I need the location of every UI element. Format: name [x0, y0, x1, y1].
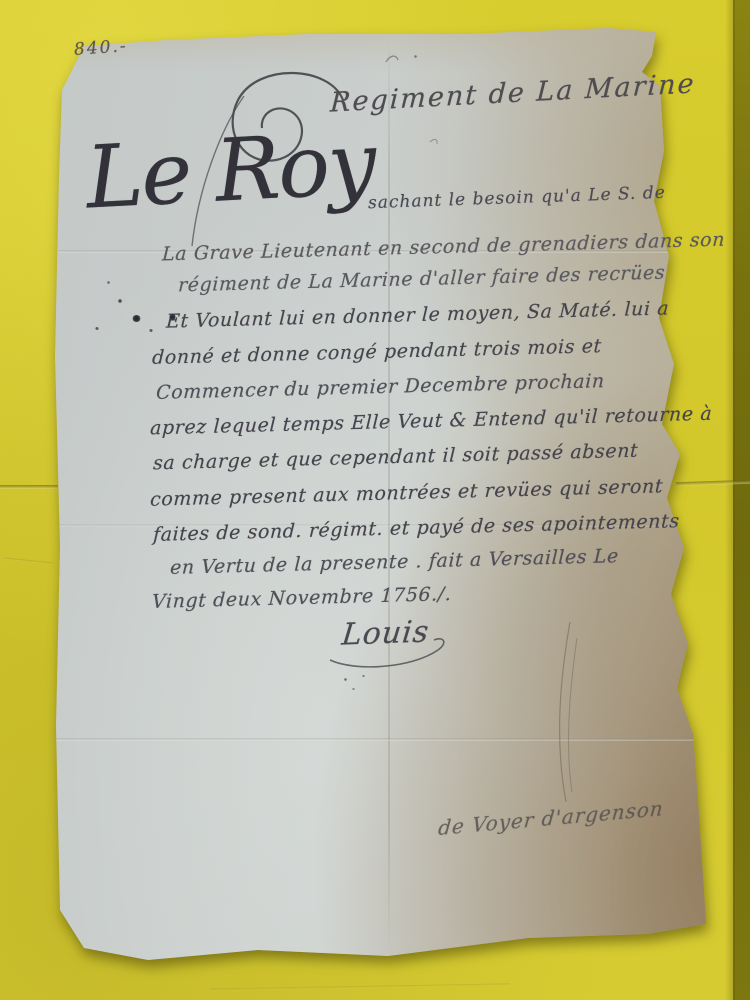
background-shadow-strip — [733, 0, 750, 1000]
photographed-manuscript: 840.- Regiment de La Marine Le Roy sacha… — [0, 0, 750, 1000]
background-shadow-strip-soft — [725, 0, 735, 1000]
paper-crease-horizontal — [58, 250, 688, 253]
paper-crease-horizontal — [56, 524, 696, 527]
paper-crease-vertical — [388, 36, 390, 956]
document-sheet — [48, 26, 710, 978]
paper-crease-horizontal — [54, 738, 699, 741]
paper-surface — [48, 26, 710, 978]
